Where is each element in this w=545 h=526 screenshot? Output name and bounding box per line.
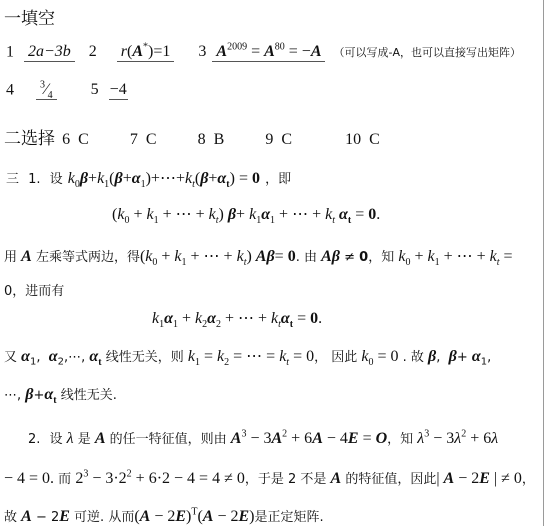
equation-inline: 23 − 3·22 + 6·2 − 4 = 4 ≠ 0: [75, 470, 245, 487]
q5-number: 5: [91, 81, 99, 98]
text: 是正定矩阵.: [255, 510, 324, 525]
choice-10: 10 C: [345, 131, 380, 148]
section-fill-in-heading: 一填空: [4, 4, 55, 29]
proof1-line4: 0，进而有: [4, 280, 64, 299]
equation-inline: (k0 + k1 + ⋯ + kt) Aβ= 0: [140, 248, 296, 265]
text: ，于是 2 不是 A 的特征值，因此: [245, 472, 436, 487]
proof2-line3: 故 A − 2E 可逆. 从而(A − 2E)T(A − 2E)是正定矩阵.: [4, 506, 324, 526]
part2-number: 2.: [28, 432, 40, 447]
equation-inline: k0 + k1 + ⋯ + kt =: [398, 248, 512, 265]
text: ，即: [265, 172, 291, 187]
text: 设 λ 是 A 的任一特征值，则由: [50, 432, 231, 447]
text: 设: [50, 172, 63, 187]
q3-answer: A2009 = A80 = −A: [212, 43, 325, 62]
q3-number: 3: [198, 43, 206, 60]
proof2-line1: 2. 设 λ 是 A 的任一特征值，则由 A3 − 3A2 + 6A − 4E …: [28, 428, 498, 448]
proof1-equation1: (k0 + k1 + ⋯ + kt) β+ k1α1 + ⋯ + kt αt =…: [112, 204, 380, 226]
document-page: 一填空 1 2a−3b 2 r(A*)=1 3 A2009 = A80 = −A…: [0, 0, 544, 526]
proof1-line1: 三 1. 设 k0β+k1(β+α1)+⋯+kt(β+αt) = 0 ，即: [6, 168, 291, 190]
q1-answer: 2a−3b: [24, 43, 75, 62]
proof1-line3: 用 A 左乘等式两边，得(k0 + k1 + ⋯ + kt) Aβ= 0. 由 …: [4, 246, 513, 268]
text: 故 A − 2E 可逆. 从而: [4, 510, 134, 525]
equation-inline: (A − 2E)T(A − 2E): [134, 508, 254, 525]
fill-in-row-1: 1 2a−3b 2 r(A*)=1 3 A2009 = A80 = −A （可以…: [6, 42, 521, 61]
q1-number: 1: [6, 43, 14, 60]
q4-answer: 3⁄4: [36, 81, 57, 100]
equation-inline: λ3 − 3λ2 + 6λ: [417, 430, 498, 447]
equation-inline: k1 = k2 = ⋯ = kt = 0: [188, 348, 314, 365]
fill-in-row-2: 4 3⁄4 5 −4: [6, 80, 128, 102]
text: . 故 β, β+ α1,: [399, 350, 492, 365]
section-choice-heading: 二选择: [4, 129, 55, 149]
text: ，知: [387, 432, 417, 447]
choice-7: 7 C: [130, 131, 157, 148]
choice-8: 8 B: [198, 131, 225, 148]
proof1-line6: 又 α1, α2,⋯, αt 线性无关，则 k1 = k2 = ⋯ = kt =…: [4, 346, 491, 368]
q2-answer: r(A*)=1: [117, 43, 175, 62]
text: 又 α1, α2,⋯, αt 线性无关，则: [4, 350, 188, 365]
proof1-equation2: k1α1 + k2α2 + ⋯ + ktαt = 0.: [152, 308, 322, 330]
choice-9: 9 C: [265, 131, 292, 148]
equation-inline: A3 − 3A2 + 6A − 4E = O: [231, 430, 387, 447]
equation-inline: k0β+k1(β+α1)+⋯+kt(β+αt) = 0: [68, 170, 260, 187]
equation-inline: − 4 = 0.: [4, 470, 54, 487]
text: ，: [522, 472, 535, 487]
section-multiple-choice: 二选择 6 C 7 C 8 B 9 C 10 C: [4, 124, 380, 149]
q4-number: 4: [6, 81, 14, 98]
choice-6: 6 C: [62, 131, 89, 148]
proof2-line2: − 4 = 0. 而 23 − 3·22 + 6·2 − 4 = 4 ≠ 0，于…: [4, 468, 535, 488]
proof1-line7: ⋯, β+αt 线性无关.: [4, 384, 117, 406]
q2-number: 2: [89, 43, 97, 60]
part1-number: 1.: [28, 172, 40, 187]
section-proof-heading: 三: [6, 172, 19, 187]
text: 用 A 左乘等式两边，得: [4, 250, 140, 265]
text: ， 因此: [314, 350, 361, 365]
q5-answer: −4: [109, 81, 128, 100]
text: . 由 Aβ ≠ 0，知: [296, 250, 399, 265]
text: 而: [54, 472, 75, 487]
equation-inline: | A − 2E | ≠ 0: [436, 470, 522, 487]
q3-note: （可以写成-A，也可以直接写出矩阵）: [333, 46, 521, 59]
equation-inline: k0 = 0: [361, 348, 398, 365]
